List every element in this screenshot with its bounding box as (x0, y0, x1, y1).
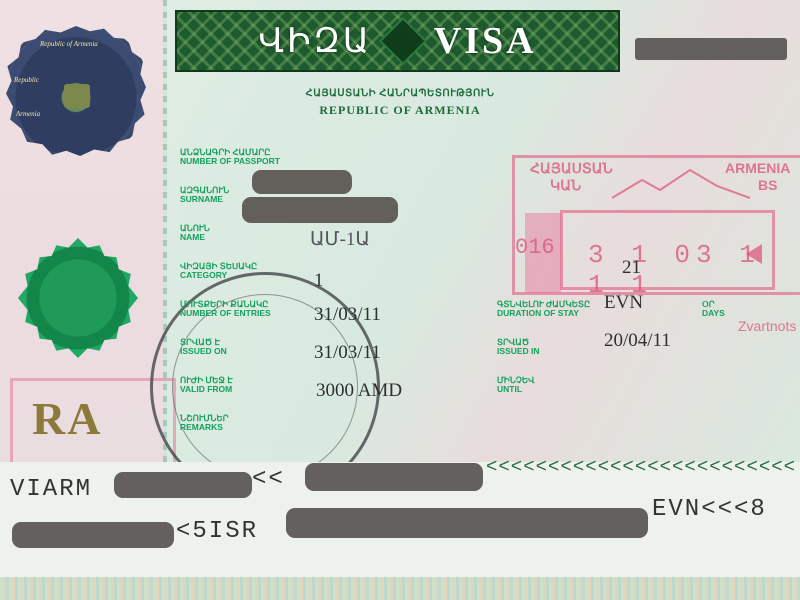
field-value-issued-on: 31/03/11 (314, 342, 381, 364)
country-name-armenian: ՀԱՅԱՍՏԱՆԻ ՀԱՆՐԱՊԵՏՈՒԹՅՈՒՆ (260, 88, 540, 99)
stamp-sub-armenian: ԿԱՆ (550, 177, 581, 194)
visa-title-armenian: ՎԻԶԱ (258, 21, 371, 61)
label-english: NUMBER OF ENTRIES (180, 309, 271, 318)
redacted-mrz-data (286, 508, 648, 538)
mrz-line1-fillers: <<<<<<<<<<<<<<<<<<<<<<<<< (486, 456, 796, 478)
field-label-issued-in: ՏՐՎԱԾ ISSUED IN (497, 338, 540, 356)
field-label-issued-on: ՏՐՎԱԾ Է ISSUED ON (180, 338, 227, 356)
label-english: UNTIL (497, 385, 534, 394)
field-value-valid-from: 3000 AMD (316, 380, 402, 402)
field-label-entries: ՄՈՒՏՔԵՐԻ ՔԱՆԱԿԸ NUMBER OF ENTRIES (180, 300, 271, 318)
redacted-mrz-given-name (305, 463, 483, 491)
ra-logo: RA (32, 392, 102, 445)
field-label-remarks: ՆՇՈՒՄՆԵՐ REMARKS (180, 414, 228, 432)
visa-banner: ՎԻԶԱ VISA (175, 10, 620, 72)
field-value-until: 20/04/11 (604, 330, 671, 352)
redacted-mrz-doc-number (12, 522, 174, 548)
label-english: VALID FROM (180, 385, 233, 394)
field-value-issued-in: EVN (604, 292, 643, 314)
label-english: CATEGORY (180, 271, 257, 280)
label-english: SURNAME (180, 195, 229, 204)
field-label-name: ԱՆՈՒՆ NAME (180, 224, 210, 242)
mrz-line1-prefix: VIARM (10, 476, 92, 503)
redacted-surname (242, 197, 398, 223)
field-label-days: ՕՐ DAYS (702, 300, 725, 318)
label-english: REMARKS (180, 423, 228, 432)
field-label-until: ՄԻՆՉԵՎ UNTIL (497, 376, 534, 394)
field-label-surname: ԱԶԳԱՆՈՒՆ SURNAME (180, 186, 229, 204)
hologram-seal-icon: Republic of Armenia Republic Armenia (6, 26, 146, 156)
hologram-text-top: Republic of Armenia (40, 40, 98, 48)
label-english: DAYS (702, 309, 725, 318)
security-print-strip (0, 577, 800, 600)
label-english: NUMBER OF PASSPORT (180, 157, 280, 166)
field-label-category: ՎԻԶԱՅԻ ՏԵՍԱԿԸ CATEGORY (180, 262, 257, 280)
mrz-line1-mid: << (252, 466, 285, 493)
label-english: DURATION OF STAY (497, 309, 590, 318)
label-english: ISSUED IN (497, 347, 540, 356)
stamp-location: Zvartnots (738, 318, 796, 334)
mrz-line2-mid: <5ISR (176, 518, 258, 545)
stamp-left-code: 016 (515, 235, 555, 260)
stamp-arrow-icon (746, 244, 762, 264)
redacted-passport-number (252, 170, 352, 194)
field-label-valid-from: ՈՒԺԻ ՄԵՋ Է VALID FROM (180, 376, 233, 394)
mountains-icon (612, 168, 752, 208)
field-label-duration: ԳՏՆՎԵԼՈՒ ԺԱՄԿԵՏԸ DURATION OF STAY (497, 300, 590, 318)
field-value-name: ԱՄ-1Ա (310, 228, 370, 251)
mrz-line2-end: EVN<<<8 (652, 496, 767, 523)
field-value-category: 1 (314, 270, 324, 292)
redacted-visa-number (635, 38, 787, 60)
coat-of-arms-icon (64, 84, 90, 108)
hologram-text-bottom: Armenia (16, 110, 40, 118)
field-value-entries: 31/03/11 (314, 304, 381, 326)
redacted-mrz-name (114, 472, 252, 498)
stamp-date: 3 1 03 1 1 1 (588, 240, 800, 300)
country-name-english: REPUBLIC OF ARMENIA (300, 103, 500, 118)
field-label-passport-number: ԱՆՁՆԱԳՐԻ ՀԱՄԱՐԸ NUMBER OF PASSPORT (180, 148, 280, 166)
stamp-sub-english: BS (758, 177, 777, 193)
label-english: ISSUED ON (180, 347, 227, 356)
field-value-duration: 21 (622, 257, 641, 279)
label-english: NAME (180, 233, 210, 242)
stamp-country-armenian: ՀԱՅԱՍՏԱՆ (530, 160, 613, 177)
ornament-diamond-icon (379, 17, 427, 65)
hologram-text-left: Republic (14, 76, 39, 84)
visa-title-english: VISA (434, 19, 537, 63)
